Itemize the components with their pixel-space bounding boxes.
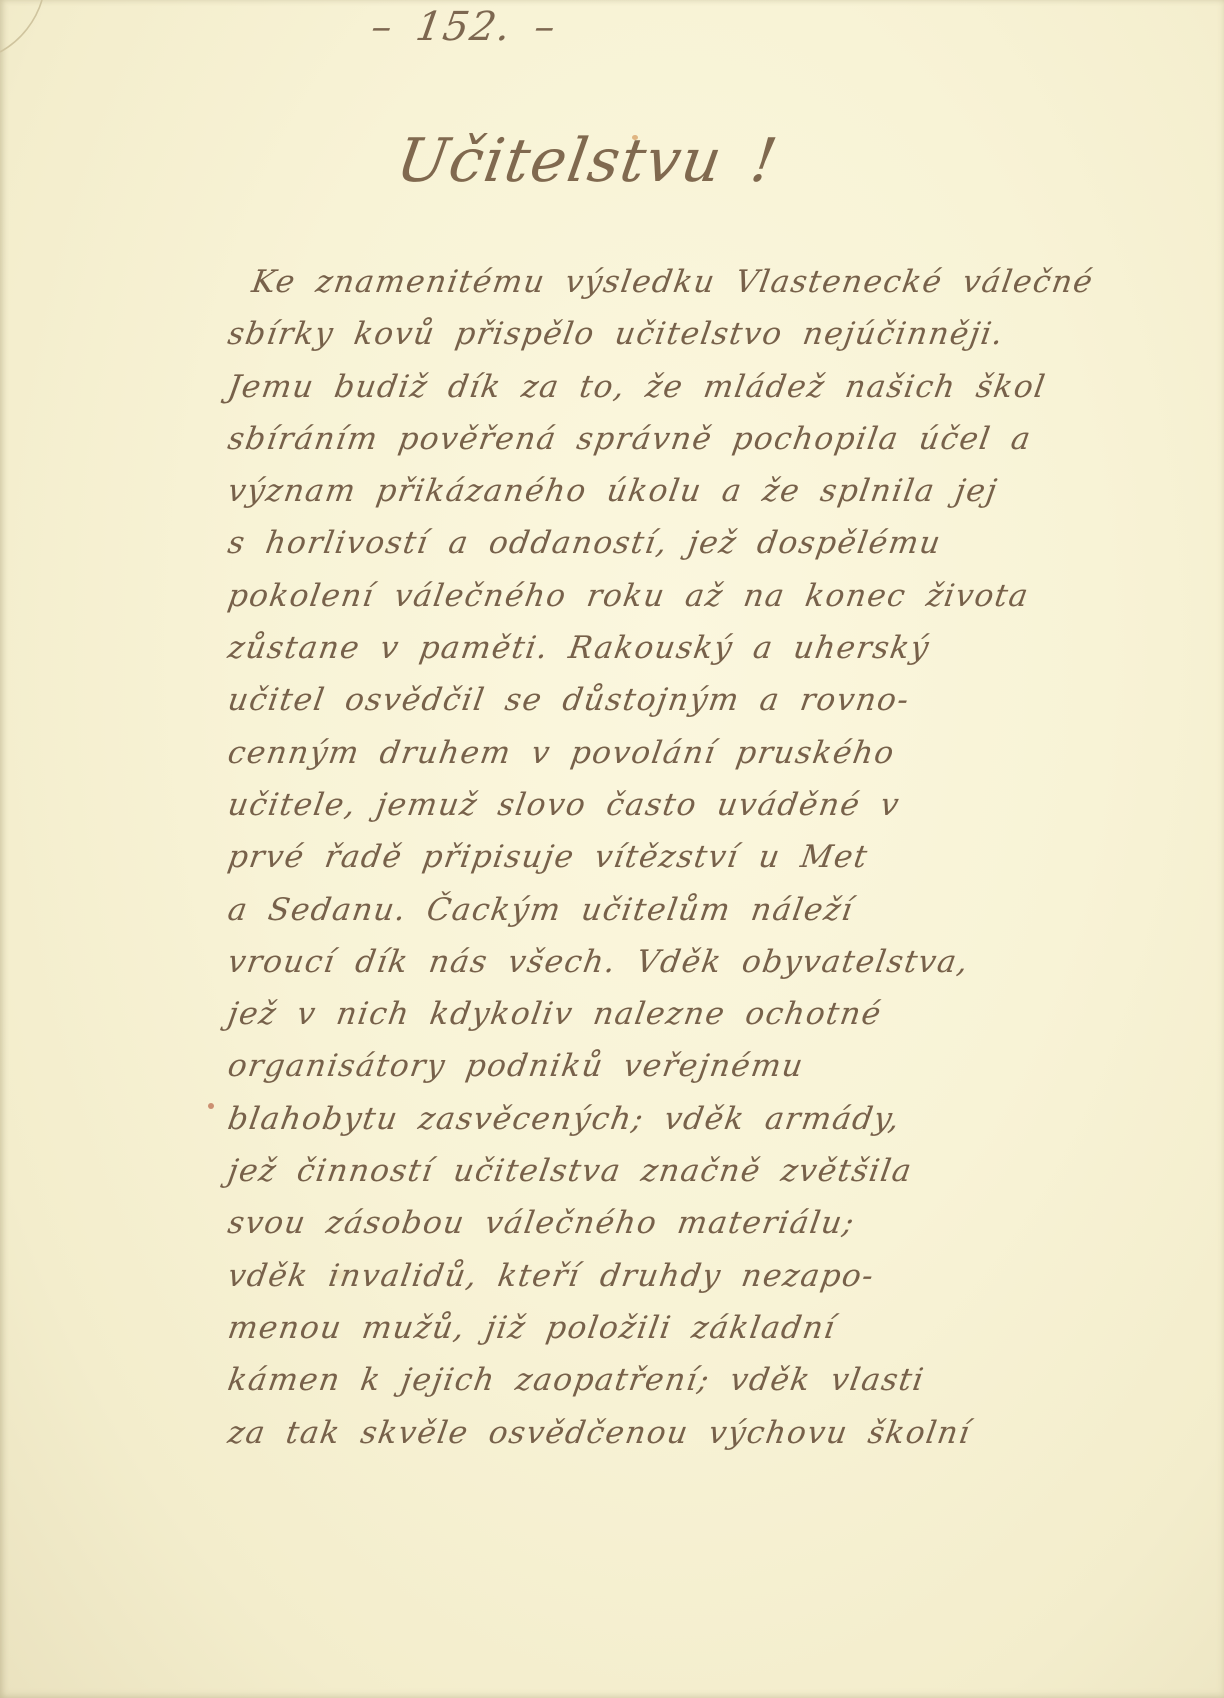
manuscript-line: vděk invalidů, kteří druhdy nezapo- — [224, 1250, 1132, 1302]
page-number: – 152. – — [368, 4, 560, 50]
manuscript-line: sbíráním pověřená správně pochopila účel… — [224, 413, 1132, 465]
manuscript-line: Ke znamenitému výsledku Vlastenecké vále… — [224, 256, 1132, 308]
manuscript-line: prvé řadě připisuje vítězství u Met — [224, 831, 1132, 883]
manuscript-page: – 152. – Učitelstvu ! Ke znamenitému výs… — [0, 0, 1224, 1698]
manuscript-body: Ke znamenitému výsledku Vlastenecké vále… — [224, 256, 1124, 1459]
manuscript-line: za tak skvěle osvědčenou výchovu školní — [224, 1407, 1132, 1459]
manuscript-line: kámen k jejich zaopatření; vděk vlasti — [224, 1354, 1132, 1406]
manuscript-line: pokolení válečného roku až na konec živo… — [224, 570, 1132, 622]
manuscript-line: vroucí dík nás všech. Vděk obyvatelstva, — [224, 936, 1132, 988]
paper-crease — [0, 0, 140, 170]
manuscript-line: a Sedanu. Čackým učitelům náleží — [224, 884, 1132, 936]
manuscript-line: učitele, jemuž slovo často uváděné v — [224, 779, 1132, 831]
manuscript-line: zůstane v paměti. Rakouský a uherský — [224, 622, 1132, 674]
manuscript-line: Jemu budiž dík za to, že mládež našich š… — [224, 361, 1132, 413]
manuscript-line: jež v nich kdykoliv nalezne ochotné — [224, 988, 1132, 1040]
manuscript-line: svou zásobou válečného materiálu; — [224, 1197, 1132, 1249]
manuscript-line: význam přikázaného úkolu a že splnila je… — [224, 465, 1132, 517]
manuscript-line: menou mužů, již položili základní — [224, 1302, 1132, 1354]
manuscript-line: jež činností učitelstva značně zvětšila — [224, 1145, 1132, 1197]
manuscript-line: sbírky kovů přispělo učitelstvo nejúčinn… — [224, 308, 1132, 360]
paper-speck — [208, 1103, 214, 1109]
manuscript-line: cenným druhem v povolání pruského — [224, 727, 1132, 779]
manuscript-line: s horlivostí a oddaností, jež dospělému — [224, 517, 1132, 569]
manuscript-line: učitel osvědčil se důstojným a rovno- — [224, 674, 1132, 726]
page-title: Učitelstvu ! — [392, 126, 783, 196]
manuscript-line: blahobytu zasvěcených; vděk armády, — [224, 1093, 1132, 1145]
manuscript-line: organisátory podniků veřejnému — [224, 1040, 1132, 1092]
